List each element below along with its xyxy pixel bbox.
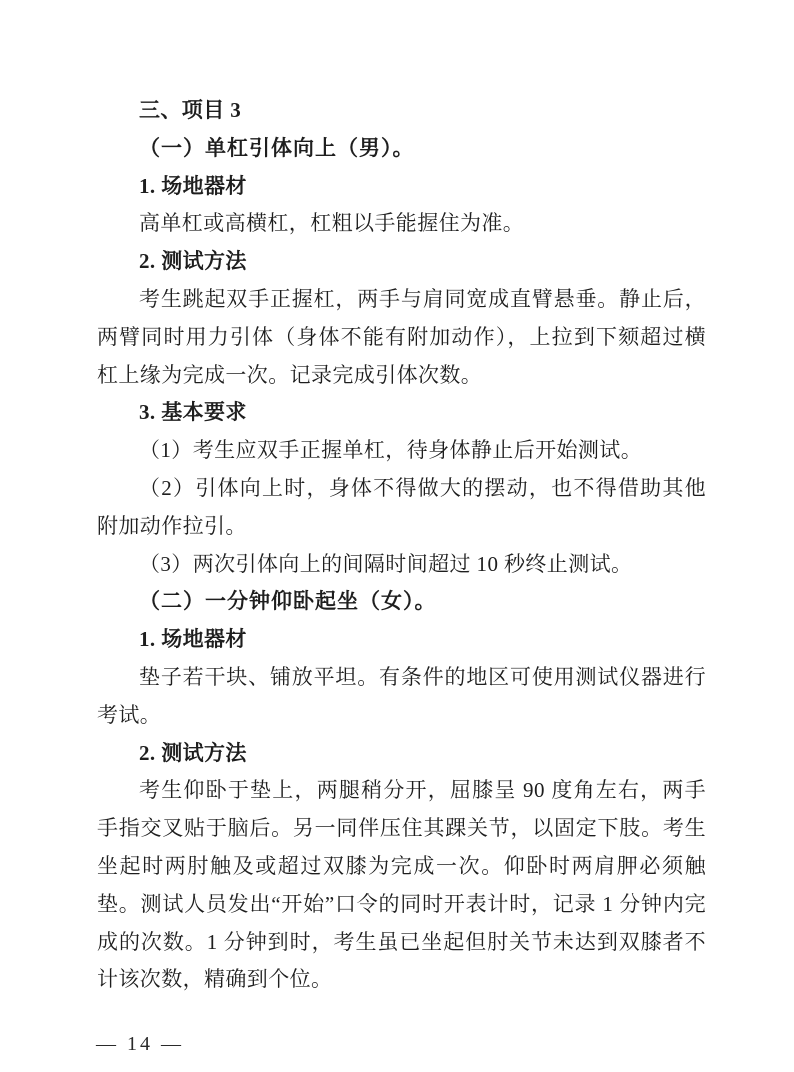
paragraph: （3）两次引体向上的间隔时间超过 10 秒终止测试。 [97,546,706,584]
paragraph: 考生仰卧于垫上，两腿稍分开，屈膝呈 90 度角左右，两手手指交叉贴于脑后。另一同… [97,772,706,999]
numbered-heading: 2. 测试方法 [97,735,706,773]
document-page: 三、项目 3 （一）单杠引体向上（男）。 1. 场地器材 高单杠或高横杠，杠粗以… [0,0,794,1072]
paragraph: 考生跳起双手正握杠，两手与肩同宽成直臂悬垂。静止后，两臂同时用力引体（身体不能有… [97,281,706,394]
section-heading: 三、项目 3 [97,92,706,130]
item-heading-1: （一）单杠引体向上（男）。 [97,130,706,168]
item-heading-2: （二）一分钟仰卧起坐（女）。 [97,583,706,621]
paragraph: （1）考生应双手正握单杠，待身体静止后开始测试。 [97,432,706,470]
paragraph: （2）引体向上时，身体不得做大的摆动，也不得借助其他附加动作拉引。 [97,470,706,546]
numbered-heading: 1. 场地器材 [97,621,706,659]
numbered-heading: 3. 基本要求 [97,394,706,432]
numbered-heading: 2. 测试方法 [97,243,706,281]
paragraph: 高单杠或高横杠，杠粗以手能握住为准。 [97,205,706,243]
document-body: 三、项目 3 （一）单杠引体向上（男）。 1. 场地器材 高单杠或高横杠，杠粗以… [97,92,706,999]
page-number: — 14 — [96,1033,184,1056]
numbered-heading: 1. 场地器材 [97,168,706,206]
paragraph: 垫子若干块、铺放平坦。有条件的地区可使用测试仪器进行考试。 [97,659,706,735]
